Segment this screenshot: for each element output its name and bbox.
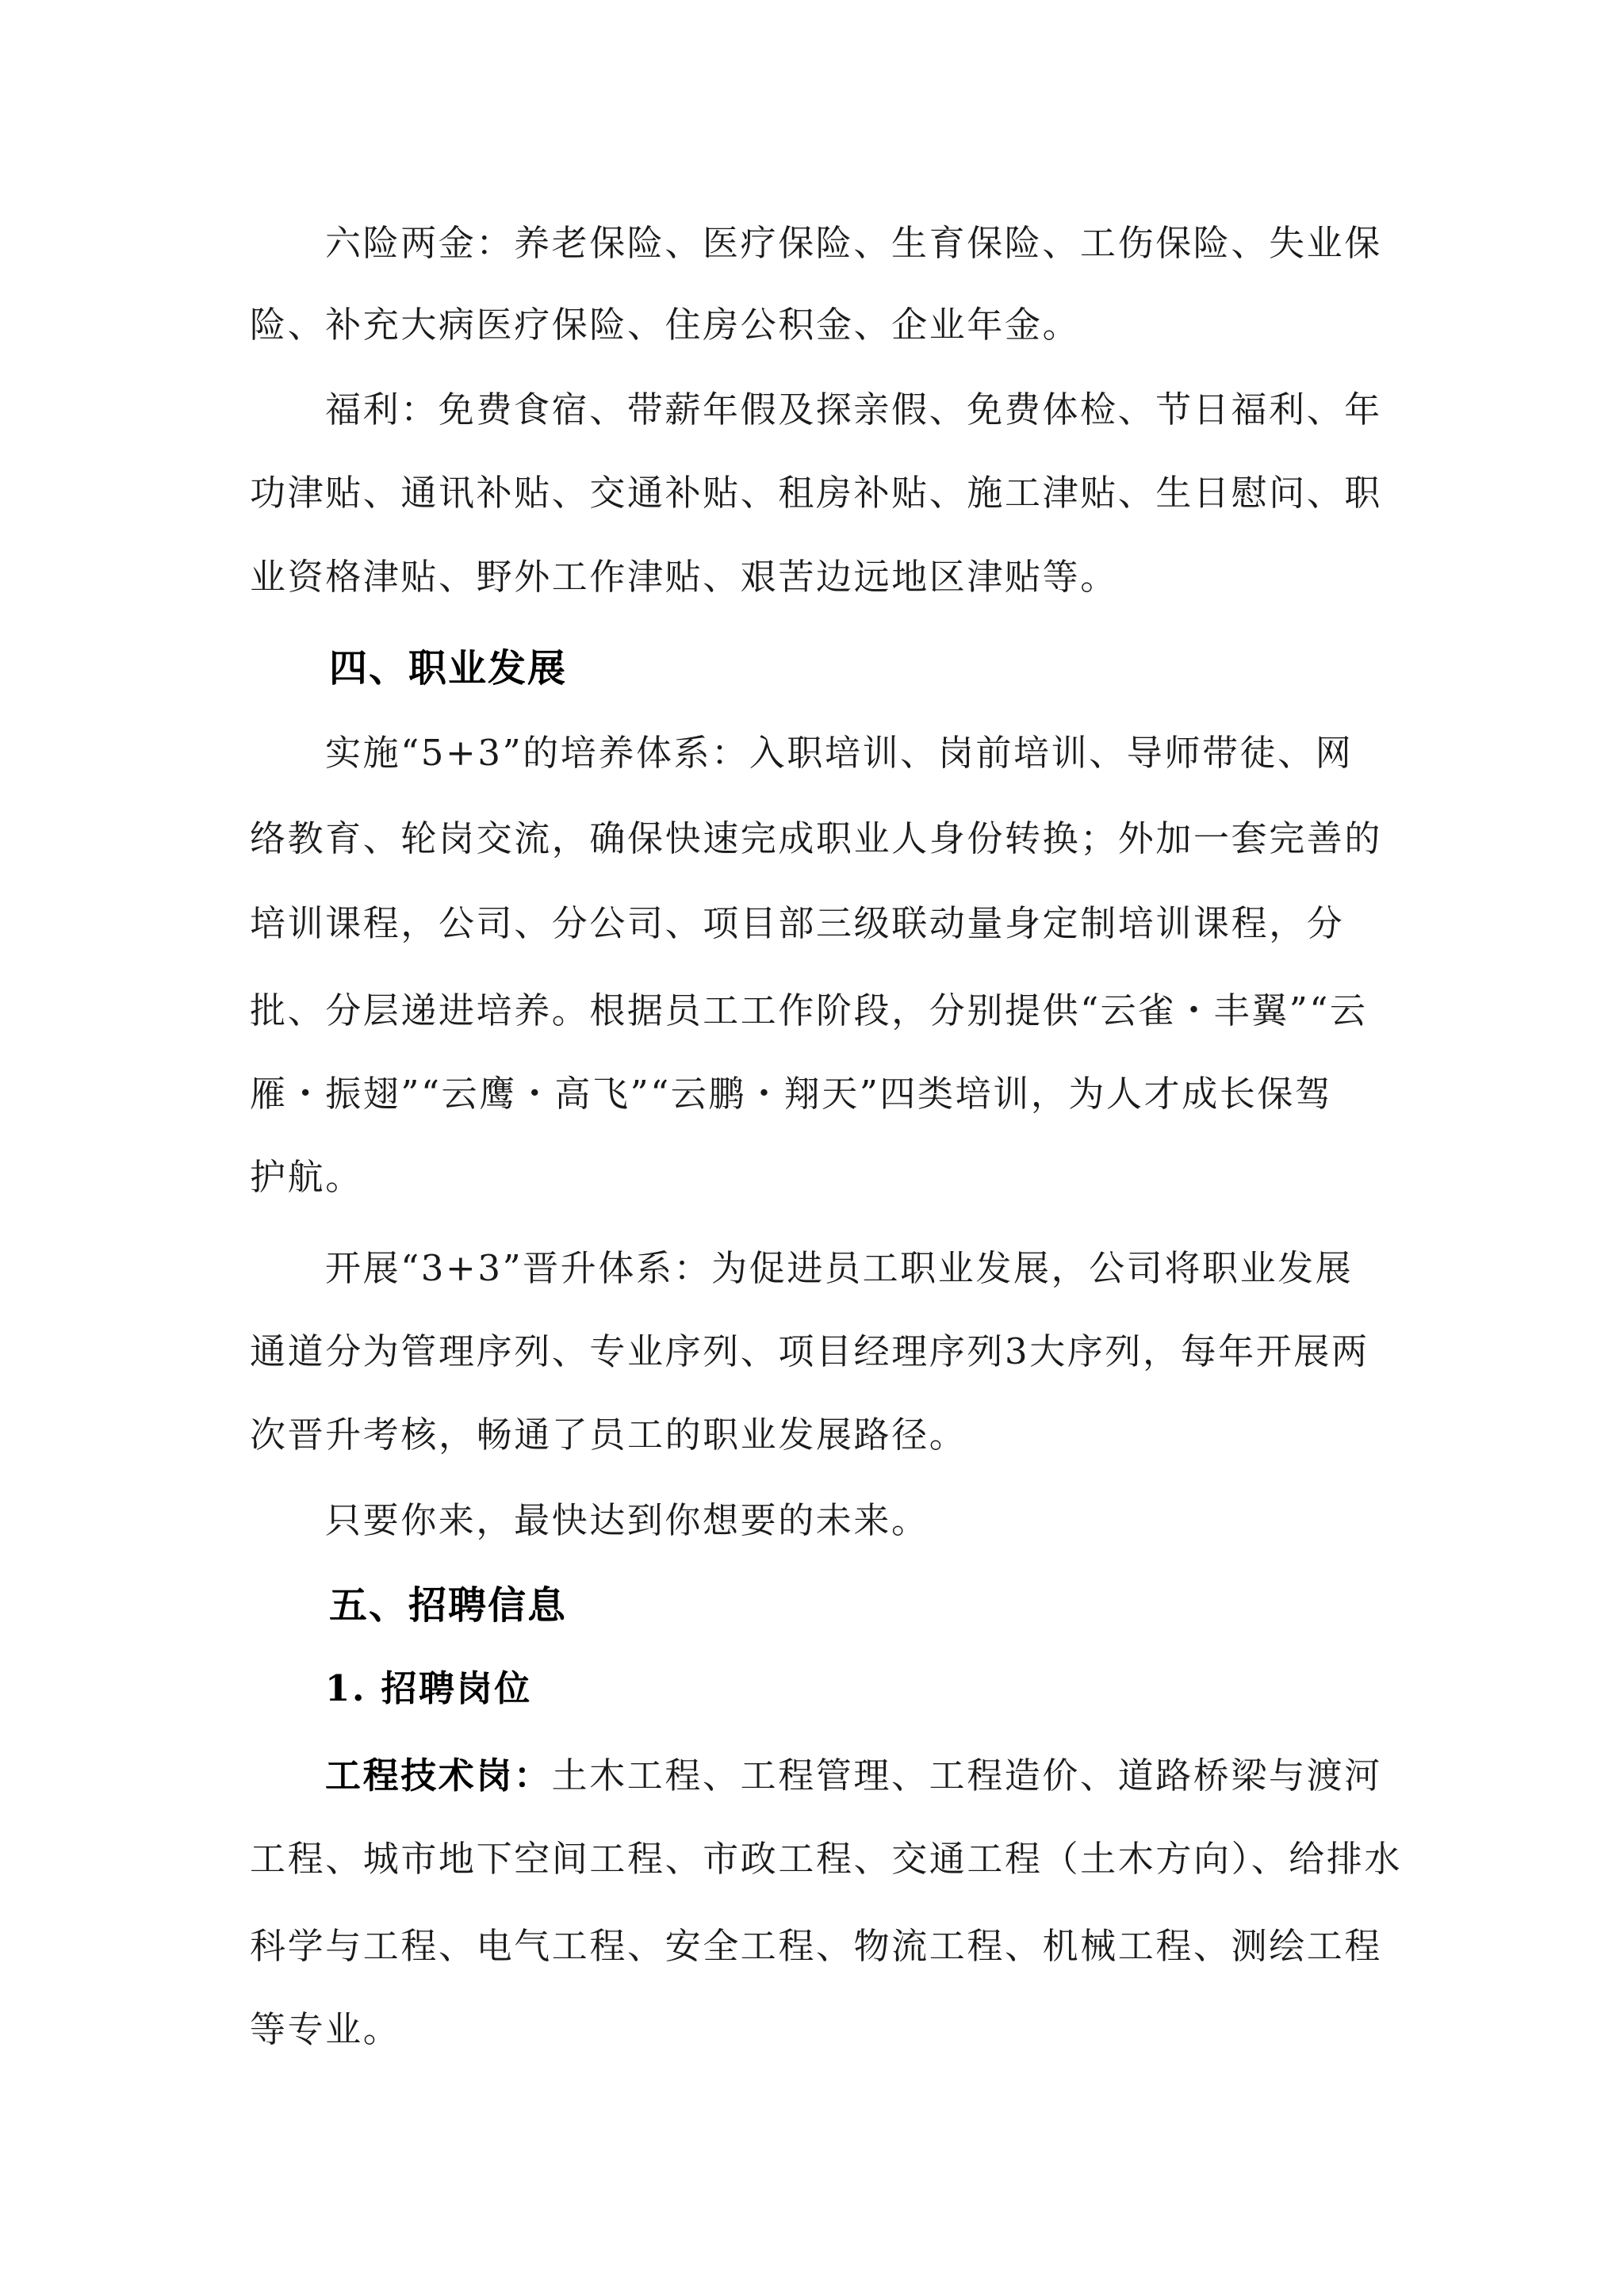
engineering-position-line-1: 工程技术岗：土木工程、工程管理、工程造价、道路桥梁与渡河 [325, 1752, 1475, 1800]
engineering-position-line-3: 科学与工程、电气工程、安全工程、物流工程、机械工程、测绘工程 [250, 1923, 1400, 1970]
insurance-paragraph-line-1: 六险两金：养老保险、医疗保险、生育保险、工伤保险、失业保 [325, 220, 1475, 267]
training-paragraph-line-2: 络教育、轮岗交流，确保快速完成职业人身份转换；外加一套完善的 [250, 815, 1400, 863]
section-heading-recruitment-info: 五、招聘信息 [329, 1582, 1479, 1629]
welfare-paragraph-line-2: 功津贴、通讯补贴、交通补贴、租房补贴、施工津贴、生日慰问、职 [250, 469, 1400, 517]
training-paragraph-line-5: 雁・振翅”“云鹰・高飞”“云鹏・翔天”四类培训，为人才成长保驾 [250, 1070, 1400, 1118]
subheading-recruitment-positions: 1. 招聘岗位 [325, 1665, 1475, 1712]
insurance-paragraph-line-2: 险、补充大病医疗保险、住房公积金、企业年金。 [250, 301, 1400, 349]
engineering-position-line-4: 等专业。 [250, 2006, 1400, 2053]
training-paragraph-line-3: 培训课程，公司、分公司、项目部三级联动量身定制培训课程，分 [250, 900, 1400, 947]
engineering-position-line-2: 工程、城市地下空间工程、市政工程、交通工程（土木方向）、给排水 [250, 1835, 1400, 1883]
document-page: 六险两金：养老保险、医疗保险、生育保险、工伤保险、失业保 险、补充大病医疗保险、… [0, 0, 1624, 2296]
training-paragraph-line-1: 实施“5+3”的培养体系：入职培训、岗前培训、导师带徒、网 [325, 729, 1475, 777]
majors-text-start: 土木工程、工程管理、工程造价、道路桥梁与渡河 [552, 1755, 1382, 1797]
position-label: 工程技术岗： [325, 1755, 552, 1797]
welfare-paragraph-line-3: 业资格津贴、野外工作津贴、艰苦边远地区津贴等。 [250, 553, 1400, 601]
promotion-paragraph-line-3: 次晋升考核，畅通了员工的职业发展路径。 [250, 1411, 1400, 1459]
training-paragraph-line-4: 批、分层递进培养。根据员工工作阶段，分别提供“云雀・丰翼”“云 [250, 987, 1400, 1035]
training-paragraph-line-6: 护航。 [250, 1154, 1400, 1201]
promotion-paragraph-line-1: 开展“3+3”晋升体系：为促进员工职业发展，公司将职业发展 [325, 1245, 1475, 1292]
welfare-paragraph-line-1: 福利：免费食宿、带薪年假及探亲假、免费体检、节日福利、年 [325, 386, 1475, 434]
promotion-paragraph-line-2: 通道分为管理序列、专业序列、项目经理序列3大序列，每年开展两 [250, 1328, 1400, 1376]
section-heading-career-development: 四、职业发展 [329, 645, 1479, 692]
closing-slogan: 只要你来，最快达到你想要的未来。 [325, 1497, 1475, 1544]
